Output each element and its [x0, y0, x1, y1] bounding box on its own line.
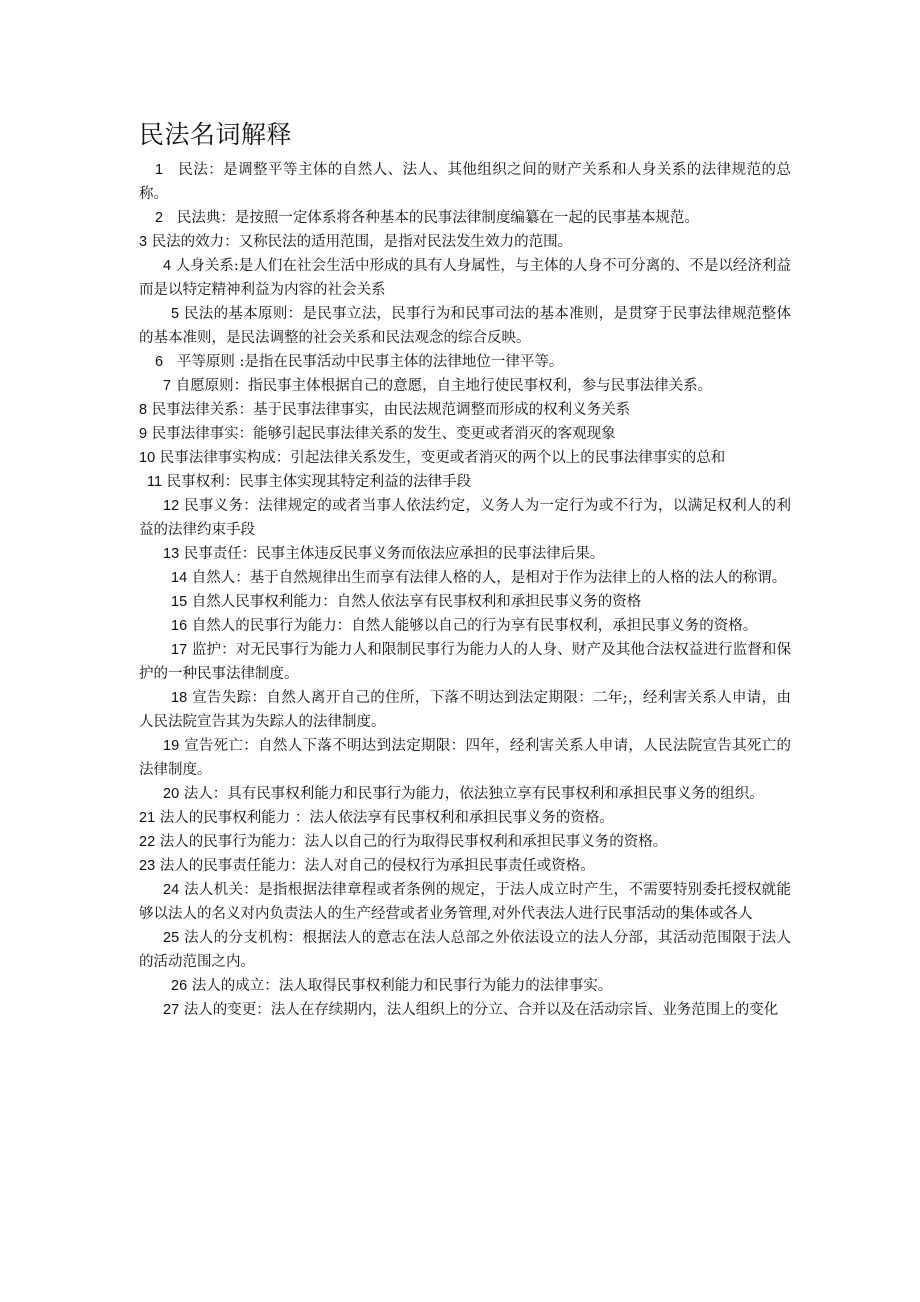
definition-entry: 21 法人的民事权利能力 ：法人依法享有民事权利和承担民事义务的资格。 — [139, 806, 791, 830]
entry-number: 5 — [171, 306, 179, 322]
entry-number: 4 — [163, 258, 171, 274]
definition-entry: 18 宣告失踪：自然人离开自己的住所，下落不明达到法定期限：二年;，经利害关系人… — [139, 686, 791, 734]
definition-entry: 23 法人的民事责任能力：法人对自己的侵权行为承担民事责任或资格。 — [139, 854, 791, 878]
document-title: 民法名词解释 — [139, 118, 791, 152]
entry-number: 19 — [163, 738, 179, 754]
entry-number: 25 — [163, 930, 179, 946]
entry-number: 3 — [139, 234, 147, 250]
entry-number: 9 — [139, 426, 147, 442]
entry-text: 民法：是调整平等主体的自然人、法人、其他组织之间的财产关系和人身关系的法律规范的… — [139, 162, 791, 202]
definition-entry: 8 民事法律关系：基于民事法律事实，由民法规范调整而形成的权利义务关系 — [139, 398, 791, 422]
definition-list: 1 民法：是调整平等主体的自然人、法人、其他组织之间的财产关系和人身关系的法律规… — [139, 158, 791, 1022]
entry-number: 6 — [155, 354, 163, 370]
entry-gap — [163, 354, 177, 370]
entry-text: 宣告失踪：自然人离开自己的住所，下落不明达到法定期限：二年;，经利害关系人申请，… — [139, 690, 791, 730]
entry-number: 13 — [163, 546, 179, 562]
definition-entry: 17 监护：对无民事行为能力人和限制民事行为能力人的人身、财产及其他合法权益进行… — [139, 638, 791, 686]
entry-text: 民事权利：民事主体实现其特定利益的法律手段 — [167, 474, 472, 490]
entry-text: 监护：对无民事行为能力人和限制民事行为能力人的人身、财产及其他合法权益进行监督和… — [139, 642, 791, 682]
entry-text: 民事责任：民事主体违反民事义务而依法应承担的民事法律后果。 — [184, 546, 605, 562]
entry-number: 16 — [171, 618, 187, 634]
definition-entry: 4 人身关系:是人们在社会生活中形成的具有人身属性，与主体的人身不可分离的、不是… — [139, 254, 791, 302]
entry-text: 法人：具有民事权利能力和民事行为能力，依法独立享有民事权利和承担民事义务的组织。 — [184, 786, 764, 802]
definition-entry: 25 法人的分支机构：根据法人的意志在法人总部之外依法设立的法人分部，其活动范围… — [139, 926, 791, 974]
definition-entry: 19 宣告死亡：自然人下落不明达到法定期限：四年，经利害关系人申请，人民法院宣告… — [139, 734, 791, 782]
definition-entry: 12 民事义务：法律规定的或者当事人依法约定，义务人为一定行为或不行为，以满足权… — [139, 494, 791, 542]
entry-text: 人身关系:是人们在社会生活中形成的具有人身属性，与主体的人身不可分离的、不是以经… — [139, 258, 791, 298]
definition-entry: 6 平等原则 :是指在民事活动中民事主体的法律地位一律平等。 — [139, 350, 791, 374]
entry-number: 10 — [139, 450, 155, 466]
entry-text: 自然人的民事行为能力：自然人能够以自己的行为享有民事权利，承担民事义务的资格。 — [192, 618, 758, 634]
entry-number: 8 — [139, 402, 147, 418]
entry-number: 1 — [155, 162, 163, 178]
entry-text: 法人的民事权利能力 ：法人依法享有民事权利和承担民事义务的资格。 — [160, 810, 614, 826]
entry-text: 法人的变更：法人在存续期内，法人组织上的分立、合并以及在活动宗旨、业务范围上的变… — [184, 1002, 779, 1018]
entry-text: 自然人民事权利能力：自然人依法享有民事权利和承担民事义务的资格 — [192, 594, 642, 610]
definition-entry: 1 民法：是调整平等主体的自然人、法人、其他组织之间的财产关系和人身关系的法律规… — [139, 158, 791, 206]
definition-entry: 11 民事权利：民事主体实现其特定利益的法律手段 — [139, 470, 791, 494]
entry-number: 24 — [163, 882, 179, 898]
definition-entry: 5 民法的基本原则：是民事立法，民事行为和民事司法的基本准则，是贯穿于民事法律规… — [139, 302, 791, 350]
definition-entry: 20 法人：具有民事权利能力和民事行为能力，依法独立享有民事权利和承担民事义务的… — [139, 782, 791, 806]
entry-text: 民法的效力：又称民法的适用范围，是指对民法发生效力的范围。 — [152, 234, 573, 250]
entry-number: 23 — [139, 858, 155, 874]
entry-text: 法人的成立：法人取得民事权利能力和民事行为能力的法律事实。 — [192, 978, 613, 994]
entry-text: 法人的民事行为能力：法人以自己的行为取得民事权利和承担民事义务的资格。 — [160, 834, 668, 850]
entry-text: 自愿原则：指民事主体根据自己的意愿，自主地行使民事权利，参与民事法律关系。 — [176, 378, 713, 394]
entry-text: 平等原则 :是指在民事活动中民事主体的法律地位一律平等。 — [177, 354, 564, 370]
entry-gap — [163, 162, 178, 178]
entry-text: 法人的民事责任能力：法人对自己的侵权行为承担民事责任或资格。 — [160, 858, 595, 874]
entry-number: 14 — [171, 570, 187, 586]
definition-entry: 10 民事法律事实构成：引起法律关系发生，变更或者消灭的两个以上的民事法律事实的… — [139, 446, 791, 470]
entry-number: 22 — [139, 834, 155, 850]
entry-number: 18 — [171, 690, 187, 706]
entry-number: 12 — [163, 498, 179, 514]
entry-number: 15 — [171, 594, 187, 610]
entry-number: 7 — [163, 378, 171, 394]
definition-entry: 27 法人的变更：法人在存续期内，法人组织上的分立、合并以及在活动宗旨、业务范围… — [139, 998, 791, 1022]
entry-text: 民法的基本原则：是民事立法，民事行为和民事司法的基本准则，是贯穿于民事法律规范整… — [139, 306, 791, 346]
definition-entry: 7 自愿原则：指民事主体根据自己的意愿，自主地行使民事权利，参与民事法律关系。 — [139, 374, 791, 398]
definition-entry: 24 法人机关：是指根据法律章程或者条例的规定，于法人成立时产生，不需要特别委托… — [139, 878, 791, 926]
entry-text: 民事法律关系：基于民事法律事实，由民法规范调整而形成的权利义务关系 — [152, 402, 631, 418]
entry-text: 宣告死亡：自然人下落不明达到法定期限：四年，经利害关系人申请，人民法院宣告其死亡… — [139, 738, 791, 778]
entry-text: 民事义务：法律规定的或者当事人依法约定，义务人为一定行为或不行为，以满足权利人的… — [139, 498, 791, 538]
entry-number: 11 — [147, 474, 162, 490]
definition-entry: 22 法人的民事行为能力：法人以自己的行为取得民事权利和承担民事义务的资格。 — [139, 830, 791, 854]
entry-number: 21 — [139, 810, 155, 826]
entry-text: 法人的分支机构：根据法人的意志在法人总部之外依法设立的法人分部，其活动范围限于法… — [139, 930, 791, 970]
definition-entry: 2 民法典：是按照一定体系将各种基本的民事法律制度编纂在一起的民事基本规范。 — [139, 206, 791, 230]
entry-text: 民事法律事实：能够引起民事法律关系的发生、变更或者消灭的客观现象 — [152, 426, 616, 442]
definition-entry: 9 民事法律事实：能够引起民事法律关系的发生、变更或者消灭的客观现象 — [139, 422, 791, 446]
definition-entry: 16 自然人的民事行为能力：自然人能够以自己的行为享有民事权利，承担民事义务的资… — [139, 614, 791, 638]
definition-entry: 26 法人的成立：法人取得民事权利能力和民事行为能力的法律事实。 — [139, 974, 791, 998]
definition-entry: 13 民事责任：民事主体违反民事义务而依法应承担的民事法律后果。 — [139, 542, 791, 566]
entry-number: 20 — [163, 786, 179, 802]
definition-entry: 15 自然人民事权利能力：自然人依法享有民事权利和承担民事义务的资格 — [139, 590, 791, 614]
entry-text: 民事法律事实构成：引起法律关系发生，变更或者消灭的两个以上的民事法律事实的总和 — [160, 450, 726, 466]
definition-entry: 3 民法的效力：又称民法的适用范围，是指对民法发生效力的范围。 — [139, 230, 791, 254]
entry-text: 法人机关：是指根据法律章程或者条例的规定，于法人成立时产生，不需要特别委托授权就… — [139, 882, 791, 922]
entry-number: 26 — [171, 978, 187, 994]
entry-number: 17 — [171, 642, 187, 658]
entry-number: 27 — [163, 1002, 179, 1018]
entry-gap — [163, 210, 177, 226]
entry-text: 民法典：是按照一定体系将各种基本的民事法律制度编纂在一起的民事基本规范。 — [177, 210, 699, 226]
document-page: 民法名词解释 1 民法：是调整平等主体的自然人、法人、其他组织之间的财产关系和人… — [139, 118, 791, 1022]
entry-text: 自然人：基于自然规律出生而享有法律人格的人，是相对于作为法律上的人格的法人的称谓… — [192, 570, 787, 586]
entry-number: 2 — [155, 210, 163, 226]
definition-entry: 14 自然人：基于自然规律出生而享有法律人格的人，是相对于作为法律上的人格的法人… — [139, 566, 791, 590]
